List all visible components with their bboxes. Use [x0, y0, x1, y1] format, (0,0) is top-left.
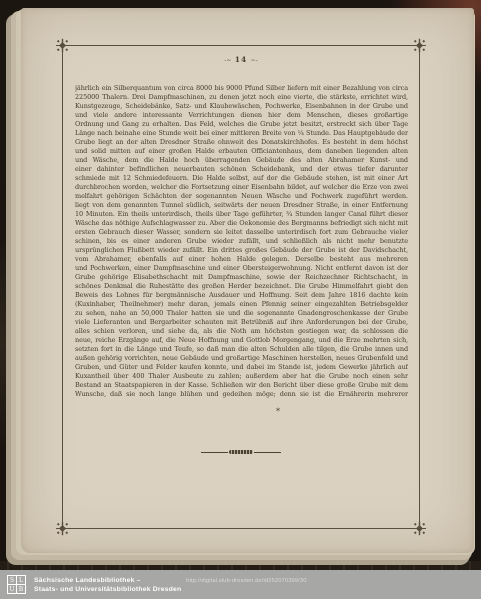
text-line: und Pochwerken, einer Dampfmaschine und …	[75, 264, 408, 273]
text-line: und solid mitten auf einer großen Halde …	[75, 147, 408, 156]
text-line: einer dahinter befindlichen neuerbauten …	[75, 165, 408, 174]
text-line: viele Lieferanten und Bergarbeiter schau…	[75, 318, 408, 327]
logo-letter: L	[17, 576, 25, 584]
text-line: vom Abrahamer, ebenfalls auf einer hohen…	[75, 255, 408, 264]
logo-letter: S	[8, 576, 16, 584]
scanned-page: -~ 14 ~- jährlich ein Silberquantum von …	[21, 8, 474, 553]
page-number-ornament-right: ~-	[251, 57, 258, 64]
text-line: Grube liegt an der alten Dresdner Straße…	[75, 138, 408, 147]
library-name-line2: Staats- und Universitätsbibliothek Dresd…	[34, 585, 181, 594]
text-line: schmiede mit 12 Schmiedefeuern. Die Hald…	[75, 174, 408, 183]
text-line: schönes Denkmal die Ruhestätte des große…	[75, 282, 408, 291]
logo-letter: U	[8, 585, 16, 593]
footnote-asterisk: *	[276, 407, 280, 416]
page-number-ornament-left: -~	[224, 57, 231, 64]
text-line: ursprünglichen Flußbett wieder zufällt. …	[75, 246, 408, 255]
text-line: alles schien verloren, und siehe da, als…	[75, 327, 408, 336]
text-line: Kunstgezeuge, Scheidebänke, Satz- und Kl…	[75, 102, 408, 111]
library-name-line1: Sächsische Landesbibliothek –	[34, 576, 181, 585]
text-line: melfahrt gehörigen Schächten der sogenan…	[75, 192, 408, 201]
text-line: ersten Gebrauch dieser Wasser, sondern s…	[75, 228, 408, 237]
text-line: jährlich ein Silberquantum von circa 800…	[75, 84, 408, 93]
corner-ornament-icon	[413, 39, 426, 52]
book-photo: -~ 14 ~- jährlich ein Silberquantum von …	[0, 0, 481, 570]
text-line: zu sehen, nahe an 50,000 Thaler hatten s…	[75, 309, 408, 318]
digitized-book-scan: -~ 14 ~- jährlich ein Silberquantum von …	[0, 0, 481, 599]
text-line: Länge nach beinahe eine Stunde weit bei …	[75, 129, 408, 138]
text-line: neue, reiche Erzgänge auf, die Neue Hoff…	[75, 336, 408, 345]
text-line: Wäsche das nöthige Aufschlagwasser zu. A…	[75, 219, 408, 228]
tailpiece-ornament-icon	[63, 450, 419, 454]
text-line: Bestand an Staatspapieren in der Kasse. …	[75, 381, 408, 390]
page-number-value: 14	[235, 55, 247, 64]
tailpiece-line	[201, 452, 228, 453]
text-line: Ordnung und Gang zu erhalten. Das Feld, …	[75, 120, 408, 129]
page-number: -~ 14 ~-	[63, 55, 419, 64]
text-line: und viele andere interessante Verrichtun…	[75, 111, 408, 120]
text-line: setzten fort in die Länge und Teufe, so …	[75, 345, 408, 354]
corner-ornament-icon	[56, 39, 69, 52]
slub-logo-icon: SLUB	[7, 575, 26, 594]
library-banner: SLUB Sächsische Landesbibliothek – Staat…	[0, 570, 481, 599]
persistent-url: http://digital.slub-dresden.de/id2520703…	[186, 578, 307, 584]
library-name: Sächsische Landesbibliothek – Staats- un…	[34, 576, 181, 594]
text-line: liegt von dem genannten Tunnel südlich, …	[75, 201, 408, 210]
text-line: Wunsche, daß sie noch lange blühen und g…	[75, 390, 408, 399]
text-line: Gruben, und Güter und Felder kaufen konn…	[75, 363, 408, 372]
body-text: jährlich ein Silberquantum von circa 800…	[75, 84, 408, 399]
logo-letter: B	[17, 585, 25, 593]
tailpiece-line	[254, 452, 281, 453]
corner-ornament-icon	[56, 522, 69, 535]
printed-border-frame: -~ 14 ~- jährlich ein Silberquantum von …	[62, 45, 420, 529]
text-line: Grube gehörige Elisabethschacht mit Damp…	[75, 273, 408, 282]
text-line: durchbrochen worden, welcher die Fortset…	[75, 183, 408, 192]
tailpiece-knot	[229, 450, 253, 454]
text-line: Beweis des Lohnes für bergmännische Ausd…	[75, 291, 408, 300]
text-line: und Wäsche, dem die Halde hoch überragen…	[75, 156, 408, 165]
corner-ornament-icon	[413, 522, 426, 535]
text-line: 10 Minuten. Ein theils unterirdisch, the…	[75, 210, 408, 219]
text-line: (Kuxinhaber, Theilnehmer) mehr daran, je…	[75, 300, 408, 309]
text-line: schinen, bis es einer anderen Grube wied…	[75, 237, 408, 246]
text-line: 225000 Thalern. Drei Dampfmaschinen, zu …	[75, 93, 408, 102]
text-line: außen gehörig vorrichten, neue Gebäude u…	[75, 354, 408, 363]
text-line: Kuxantheil über 400 Thaler Ausbeute zu z…	[75, 372, 408, 381]
